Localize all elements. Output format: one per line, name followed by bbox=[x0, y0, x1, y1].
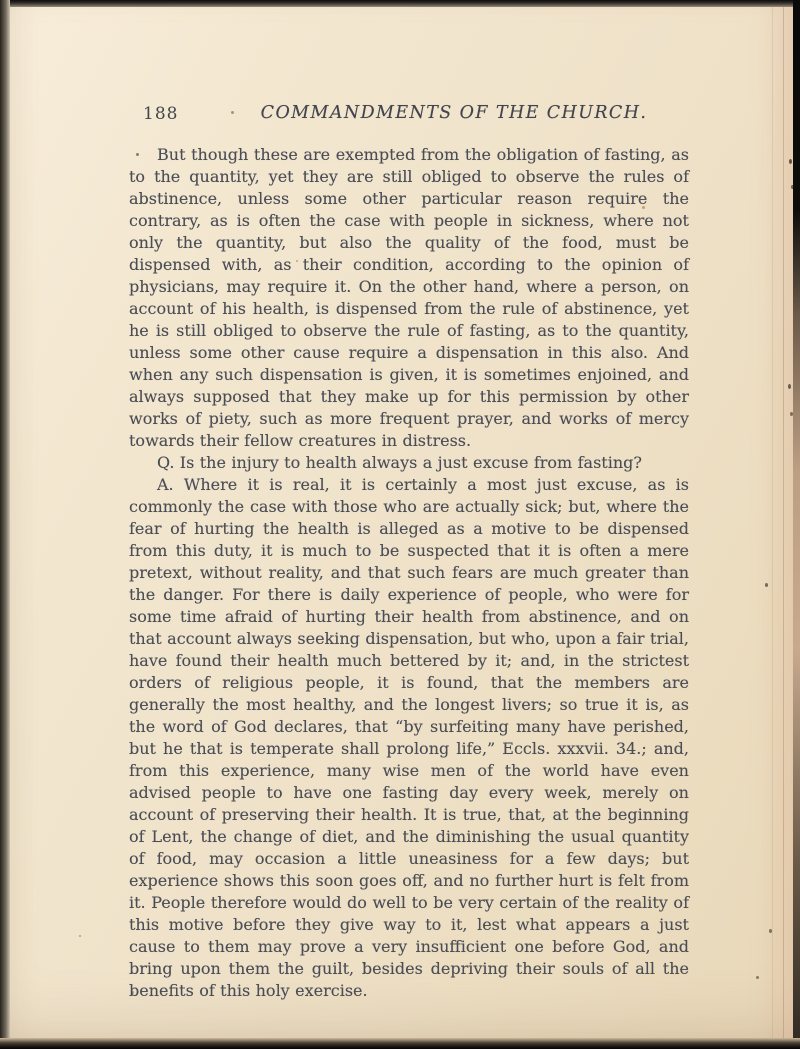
page-body: But though these are exempted from the o… bbox=[129, 144, 689, 1002]
paragraph-question: Q. Is the injury to health always a just… bbox=[129, 452, 689, 474]
running-header: COMMANDMENTS OF THE CHURCH. bbox=[261, 103, 648, 123]
scan-edge-left bbox=[0, 0, 10, 1049]
paragraph-answer: A. Where it is real, it is certainly a m… bbox=[129, 474, 689, 1002]
paragraph-fasting-exemptions: But though these are exempted from the o… bbox=[129, 144, 689, 452]
page-number: 188 bbox=[143, 104, 178, 124]
page-header: 188 COMMANDMENTS OF THE CHURCH. bbox=[129, 103, 689, 129]
scan-edge-right bbox=[793, 0, 800, 1049]
book-page-scan: 188 COMMANDMENTS OF THE CHURCH. But thou… bbox=[0, 0, 800, 1049]
page-paper: 188 COMMANDMENTS OF THE CHURCH. But thou… bbox=[10, 7, 793, 1038]
scan-edge-top bbox=[0, 0, 800, 7]
scan-edge-bottom bbox=[0, 1038, 800, 1049]
